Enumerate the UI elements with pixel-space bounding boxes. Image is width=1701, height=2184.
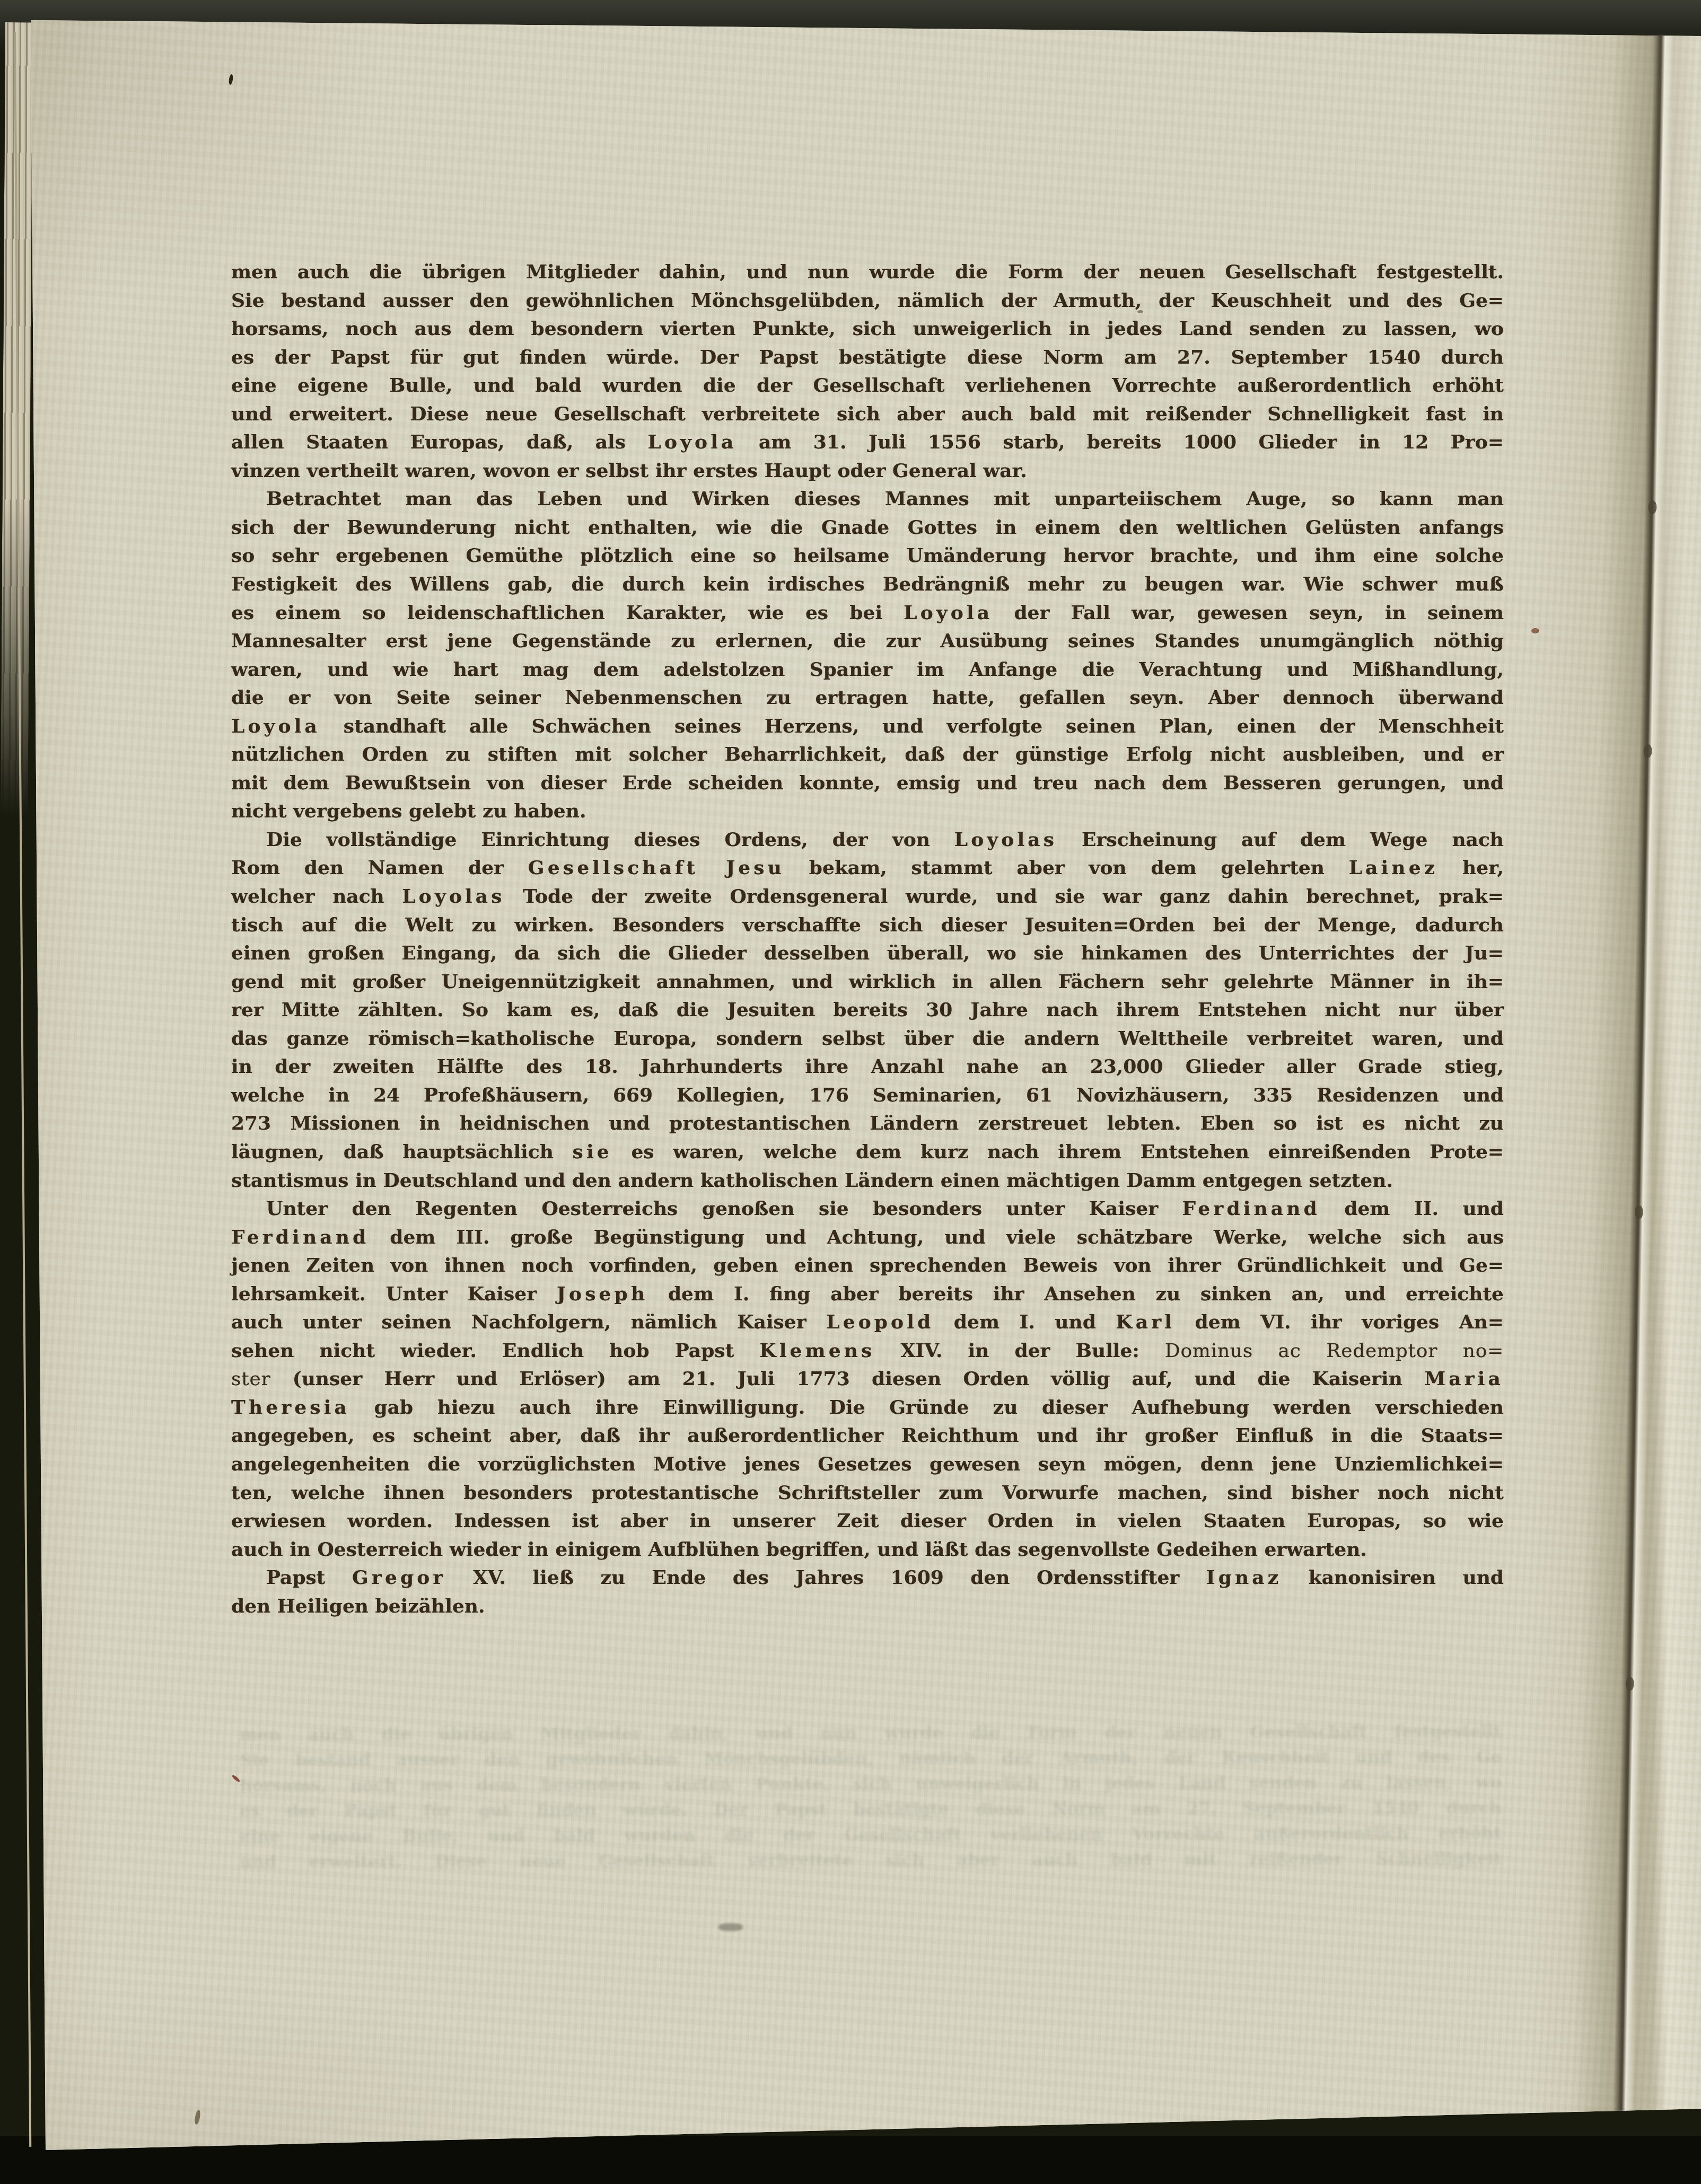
body-text: Rom den Namen der — [231, 857, 528, 879]
body-text: kanonisiren und — [1282, 1566, 1504, 1589]
emphasized-name: Loyolas — [402, 885, 505, 908]
body-text: erwiesen worden. Indessen ist aber in un… — [231, 1510, 1504, 1532]
body-text: dem VI. ihr voriges An= — [1175, 1311, 1504, 1333]
body-text: dem I. fing aber bereits ihr Ansehen zu … — [648, 1283, 1504, 1305]
emphasized-name: Maria — [1424, 1368, 1504, 1390]
text-line: nützlichen Orden zu stiften mit solcher … — [231, 741, 1504, 769]
text-line: stantismus in Deutschland und den andern… — [231, 1167, 1504, 1195]
text-line: Betrachtet man das Leben und Wirken dies… — [231, 485, 1504, 514]
bleedthrough-line: es der Papst für gut finden würde. Der P… — [240, 1795, 1502, 1824]
body-text: Mannesalter erst jene Gegenstände zu erl… — [231, 630, 1504, 652]
body-text: Erscheinung auf dem Wege nach — [1057, 829, 1504, 851]
book-scan: men auch die übrigen Mitglieder dahin, u… — [0, 0, 1701, 2184]
text-line: Mannesalter erst jene Gegenstände zu erl… — [231, 627, 1504, 656]
text-line: sich der Bewunderung nicht enthalten, wi… — [231, 514, 1504, 542]
body-text: waren, und wie hart mag dem adelstolzen … — [231, 658, 1504, 681]
emphasized-name: Lainez — [1349, 857, 1439, 879]
emphasized-name: Joseph — [557, 1283, 648, 1305]
body-text: stantismus in Deutschland und den andern… — [231, 1169, 1393, 1192]
text-line: Theresia gab hiezu auch ihre Einwilligun… — [231, 1394, 1504, 1422]
text-line: Papst Gregor XV. ließ zu Ende des Jahres… — [231, 1564, 1504, 1592]
text-line: einen großen Eingang, da sich die Gliede… — [231, 939, 1504, 968]
paper-speck — [1137, 310, 1143, 313]
text-line: Ferdinand dem III. große Begünstigung un… — [231, 1223, 1504, 1252]
emphasized-name: Klemens — [759, 1340, 875, 1362]
body-text: lehrsamkeit. Unter Kaiser — [231, 1283, 557, 1305]
body-text: sehen nicht wieder. Endlich hob Papst — [231, 1340, 759, 1362]
text-line: auch in Oesterreich wieder in einigem Au… — [231, 1536, 1504, 1564]
body-text: Betrachtet man das Leben und Wirken dies… — [266, 488, 1504, 510]
bleedthrough-line: horsams, noch aus dem besondern vierten … — [240, 1769, 1502, 1798]
emphasized-name: Ferdinand — [1182, 1197, 1320, 1220]
text-line: Die vollständige Einrichtung dieses Orde… — [231, 826, 1504, 855]
body-text: einen großen Eingang, da sich die Gliede… — [231, 942, 1504, 964]
emphasized-name: sie — [573, 1141, 612, 1163]
text-line: angelegenheiten die vorzüglichsten Motiv… — [231, 1450, 1504, 1479]
body-text: tisch auf die Welt zu wirken. Besonders … — [231, 914, 1504, 936]
body-text: vinzen vertheilt waren, wovon er selbst … — [231, 460, 1027, 482]
text-line: eine eigene Bulle, und bald wurden die d… — [231, 372, 1504, 400]
book-page: men auch die übrigen Mitglieder dahin, u… — [0, 0, 1701, 2184]
crease-nick — [1635, 1205, 1643, 1219]
body-text: die er von Seite seiner Nebenmenschen zu… — [231, 686, 1504, 709]
body-text: es waren, welche dem kurz nach ihrem Ent… — [612, 1141, 1504, 1163]
body-text: dem III. große Begünstigung und Achtung,… — [369, 1226, 1504, 1248]
body-text: mit dem Bewußtsein von dieser Erde schei… — [231, 772, 1504, 794]
text-line: läugnen, daß hauptsächlich sie es waren,… — [231, 1138, 1504, 1167]
text-line: die er von Seite seiner Nebenmenschen zu… — [231, 684, 1504, 712]
emphasized-name: Gesellschaft Jesu — [528, 857, 785, 879]
body-text: Die vollständige Einrichtung dieses Orde… — [266, 829, 954, 851]
body-text: Unter den Regenten Oesterreichs genoßen … — [266, 1197, 1182, 1220]
text-line: horsams, noch aus dem besondern vierten … — [231, 315, 1504, 344]
body-text: XIV. in der Bulle: — [875, 1340, 1164, 1362]
text-line: mit dem Bewußtsein von dieser Erde schei… — [231, 769, 1504, 798]
body-text: Tode der zweite Ordensgeneral wurde, und… — [505, 885, 1504, 908]
emphasized-name: Loyola — [231, 715, 320, 737]
text-line: angegeben, es scheint aber, daß ihr auße… — [231, 1422, 1504, 1450]
body-text: am 31. Juli 1556 starb, bereits 1000 Gli… — [737, 431, 1504, 453]
body-text: allen Staaten Europas, daß, als — [231, 431, 648, 453]
emphasized-name: Gregor — [352, 1566, 446, 1589]
text-line: vinzen vertheilt waren, wovon er selbst … — [231, 457, 1504, 486]
body-text: jenen Zeiten von ihnen noch vorfinden, g… — [231, 1254, 1504, 1276]
text-line: welcher nach Loyolas Tode der zweite Ord… — [231, 883, 1504, 911]
text-line: Sie bestand ausser den gewöhnlichen Mönc… — [231, 287, 1504, 315]
body-text: Festigkeit des Willens gab, die durch ke… — [231, 573, 1504, 595]
text-line: Unter den Regenten Oesterreichs genoßen … — [231, 1195, 1504, 1223]
crease-nick — [1648, 500, 1656, 514]
text-line: Festigkeit des Willens gab, die durch ke… — [231, 570, 1504, 599]
crease-nick — [1643, 744, 1652, 758]
emphasized-name: Ignaz — [1206, 1566, 1282, 1589]
text-line: und erweitert. Diese neue Gesellschaft v… — [231, 400, 1504, 429]
emphasized-name: Loyolas — [954, 829, 1057, 851]
body-text: das ganze römisch=katholische Europa, so… — [231, 1027, 1504, 1050]
body-text: XV. ließ zu Ende des Jahres 1609 den Ord… — [446, 1566, 1206, 1589]
text-line: auch unter seinen Nachfolgern, nämlich K… — [231, 1308, 1504, 1337]
emphasized-name: Loyola — [904, 602, 993, 624]
body-text: welcher nach — [231, 885, 402, 908]
body-text: nützlichen Orden zu stiften mit solcher … — [231, 743, 1504, 765]
text-line: welche in 24 Profeßhäusern, 669 Kollegie… — [231, 1081, 1504, 1110]
text-line: es einem so leidenschaftlichen Karakter,… — [231, 599, 1504, 628]
text-line: lehrsamkeit. Unter Kaiser Joseph dem I. … — [231, 1280, 1504, 1309]
body-text: den Heiligen beizählen. — [231, 1595, 485, 1617]
text-line: allen Staaten Europas, daß, als Loyola a… — [231, 428, 1504, 457]
body-text: dem I. und — [934, 1311, 1116, 1333]
text-line: gend mit großer Uneigennützigkeit annahm… — [231, 968, 1504, 997]
body-text: nicht vergebens gelebt zu haben. — [231, 800, 586, 822]
page-text: men auch die übrigen Mitglieder dahin, u… — [231, 258, 1504, 1621]
emphasized-name: Karl — [1116, 1311, 1175, 1333]
bleedthrough-line: men auch die übrigen Mitglieder dahin, u… — [240, 1719, 1502, 1747]
bleedthrough-text: men auch die übrigen Mitglieder dahin, u… — [240, 1719, 1502, 1874]
emphasized-name: Ferdinand — [231, 1226, 369, 1248]
body-text: in der zweiten Hälfte des 18. Jahrhunder… — [231, 1055, 1504, 1078]
text-line: das ganze römisch=katholische Europa, so… — [231, 1025, 1504, 1053]
body-text: Sie bestand ausser den gewöhnlichen Mönc… — [231, 289, 1504, 312]
latin-text: Dominus ac Redemptor no= — [1165, 1340, 1504, 1362]
text-line: nicht vergebens gelebt zu haben. — [231, 797, 1504, 826]
latin-text: ster — [231, 1368, 270, 1390]
text-line: den Heiligen beizählen. — [231, 1592, 1504, 1621]
body-text: horsams, noch aus dem besondern vierten … — [231, 318, 1504, 340]
text-line: tisch auf die Welt zu wirken. Besonders … — [231, 911, 1504, 940]
body-text: her, — [1438, 857, 1504, 879]
text-line: so sehr ergebenen Gemüthe plötzlich eine… — [231, 542, 1504, 570]
body-text: angegeben, es scheint aber, daß ihr auße… — [231, 1424, 1504, 1447]
text-line: erwiesen worden. Indessen ist aber in un… — [231, 1507, 1504, 1536]
body-text: es der Papst für gut finden würde. Der P… — [231, 346, 1504, 368]
text-line: ten, welche ihnen besonders protestantis… — [231, 1479, 1504, 1508]
bleedthrough-line: und erweitert. Diese neue Gesellschaft v… — [240, 1846, 1502, 1874]
body-text: welche in 24 Profeßhäusern, 669 Kollegie… — [231, 1084, 1504, 1106]
body-text: men auch die übrigen Mitglieder dahin, u… — [231, 261, 1504, 283]
body-text: (unser Herr und Erlöser) am 21. Juli 177… — [270, 1368, 1424, 1390]
body-text: sich der Bewunderung nicht enthalten, wi… — [231, 516, 1504, 539]
paper-speck — [1531, 628, 1539, 633]
body-text: gab hiezu auch ihre Einwilligung. Die Gr… — [350, 1396, 1504, 1419]
body-text: läugnen, daß hauptsächlich — [231, 1141, 573, 1163]
text-line: jenen Zeiten von ihnen noch vorfinden, g… — [231, 1252, 1504, 1280]
text-line: in der zweiten Hälfte des 18. Jahrhunder… — [231, 1053, 1504, 1081]
body-text: es einem so leidenschaftlichen Karakter,… — [231, 602, 904, 624]
paper-speck — [718, 1923, 743, 1931]
text-line: waren, und wie hart mag dem adelstolzen … — [231, 656, 1504, 684]
body-text: eine eigene Bulle, und bald wurden die d… — [231, 374, 1504, 397]
body-text: rer Mitte zählten. So kam es, daß die Je… — [231, 999, 1504, 1021]
body-text: ten, welche ihnen besonders protestantis… — [231, 1482, 1504, 1504]
emphasized-name: Theresia — [231, 1396, 350, 1419]
text-line: Rom den Namen der Gesellschaft Jesu beka… — [231, 854, 1504, 883]
body-text: standhaft alle Schwächen seines Herzens,… — [320, 715, 1504, 737]
body-text: so sehr ergebenen Gemüthe plötzlich eine… — [231, 544, 1504, 567]
bleedthrough-line: eine eigene Bulle, und bald wurden die d… — [240, 1820, 1502, 1849]
emphasized-name: Loyola — [648, 431, 737, 453]
text-line: 273 Missionen in heidnischen und protest… — [231, 1109, 1504, 1138]
body-text: auch unter seinen Nachfolgern, nämlich K… — [231, 1311, 826, 1333]
body-text: auch in Oesterreich wieder in einigem Au… — [231, 1538, 1367, 1561]
text-line: sehen nicht wieder. Endlich hob Papst Kl… — [231, 1337, 1504, 1366]
text-line: men auch die übrigen Mitglieder dahin, u… — [231, 258, 1504, 287]
text-line: rer Mitte zählten. So kam es, daß die Je… — [231, 996, 1504, 1025]
text-line: ster (unser Herr und Erlöser) am 21. Jul… — [231, 1365, 1504, 1394]
body-text: Papst — [266, 1566, 352, 1589]
crease-nick — [1626, 1677, 1634, 1690]
text-line: Loyola standhaft alle Schwächen seines H… — [231, 712, 1504, 741]
body-text: bekam, stammt aber von dem gelehrten — [785, 857, 1349, 879]
body-text: 273 Missionen in heidnischen und protest… — [231, 1112, 1504, 1134]
text-line: es der Papst für gut finden würde. Der P… — [231, 344, 1504, 372]
body-text: dem II. und — [1320, 1197, 1504, 1220]
body-text: und erweitert. Diese neue Gesellschaft v… — [231, 403, 1504, 425]
body-text: gend mit großer Uneigennützigkeit annahm… — [231, 971, 1504, 993]
body-text: der Fall war, gewesen seyn, in seinem — [993, 602, 1504, 624]
bleedthrough-line: Sie bestand ausser den gewöhnlichen Mönc… — [240, 1744, 1502, 1773]
body-text: angelegenheiten die vorzüglichsten Motiv… — [231, 1453, 1504, 1475]
emphasized-name: Leopold — [826, 1311, 934, 1333]
